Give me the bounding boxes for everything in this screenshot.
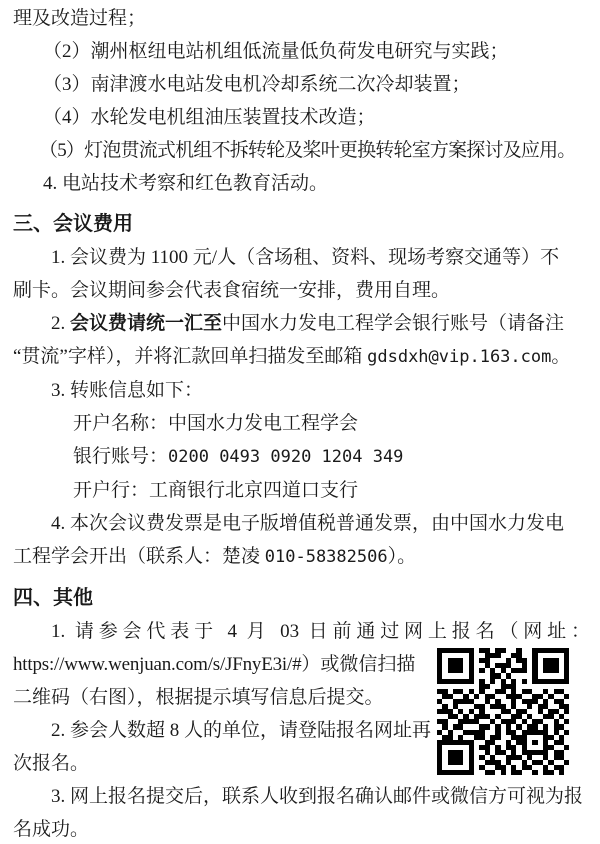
transfer-bank-branch: 开户行：工商银行北京四道口支行 [13, 474, 590, 507]
fees-p1-line2: 刷卡。会议期间参会代表食宿统一安排，费用自理。 [13, 274, 590, 307]
other-p3-line2: 名成功。 [13, 813, 590, 844]
remittance-email: gdsdxh@vip.163.com [367, 347, 551, 367]
program-item-4: （4）水轮发电机组油压装置技术改造； [13, 101, 590, 134]
program-item-3: （3）南津渡水电站发电机冷却系统二次冷却装置； [13, 68, 590, 101]
contact-phone: 010-58382506 [265, 547, 388, 567]
transfer-account-name: 开户名称：中国水力发电工程学会 [13, 407, 590, 440]
fees-p4-contact: 工程学会开出（联系人：楚凌 [13, 546, 265, 567]
qr-code [437, 648, 569, 775]
section-heading-fees: 三、会议费用 [13, 208, 590, 241]
transfer-account-number-label: 银行账号： [73, 446, 168, 467]
fees-p2-rest: 中国水力发电工程学会银行账号（请备注 [222, 313, 564, 334]
program-item-2: （2）潮州枢纽电站机组低流量低负荷发电研究与实践； [13, 35, 590, 68]
fees-p2-line2-text: “贯流”字样），并将汇款回单扫描发至邮箱 [13, 346, 367, 367]
qr-module [564, 770, 569, 775]
fees-p4-end: ）。 [388, 546, 417, 567]
program-item-5: （5）灯泡贯流式机组不拆转轮及桨叶更换转轮室方案探讨及应用。 [13, 134, 590, 167]
transfer-account-number-line: 银行账号：0200 0493 0920 1204 349 [13, 440, 590, 474]
fees-p4-line1: 4. 本次会议费发票是电子版增值税普通发票，由中国水力发电 [13, 507, 590, 540]
registration-url: https://www.wenjuan.com/s/JFnyE3i/# [13, 654, 301, 675]
section-heading-other: 四、其他 [13, 582, 590, 615]
fees-p4-line2: 工程学会开出（联系人：楚凌 010-58382506）。 [13, 540, 590, 574]
document-page: 理及改造过程； （2）潮州枢纽电站机组低流量低负荷发电研究与实践； （3）南津渡… [0, 0, 600, 844]
fees-p2-number: 2. [51, 313, 70, 334]
fees-p2-line2-end: 。 [551, 346, 570, 367]
other-p1-line2-rest: ）或微信扫描 [301, 654, 415, 675]
fees-p2-line2: “贯流”字样），并将汇款回单扫描发至邮箱 gdsdxh@vip.163.com。 [13, 340, 590, 374]
program-continuation-line: 理及改造过程； [13, 2, 590, 35]
fees-p2-line1: 2. 会议费请统一汇至中国水力发电工程学会银行账号（请备注 [13, 307, 590, 340]
transfer-account-number: 0200 0493 0920 1204 349 [168, 447, 403, 467]
fees-p3-transfer-intro: 3. 转账信息如下： [13, 374, 590, 407]
other-p1-line1: 1. 请参会代表于 4 月 03 日前通过网上报名（网址： [13, 615, 590, 648]
other-p3-line1: 3. 网上报名提交后，联系人收到报名确认邮件或微信方可视为报 [13, 780, 590, 813]
program-item-activity: 4. 电站技术考察和红色教育活动。 [13, 167, 590, 200]
fees-p2-bold-phrase: 会议费请统一汇至 [70, 313, 222, 334]
fees-p1-line1: 1. 会议费为 1100 元/人（含场租、资料、现场考察交通等）不 [13, 241, 590, 274]
